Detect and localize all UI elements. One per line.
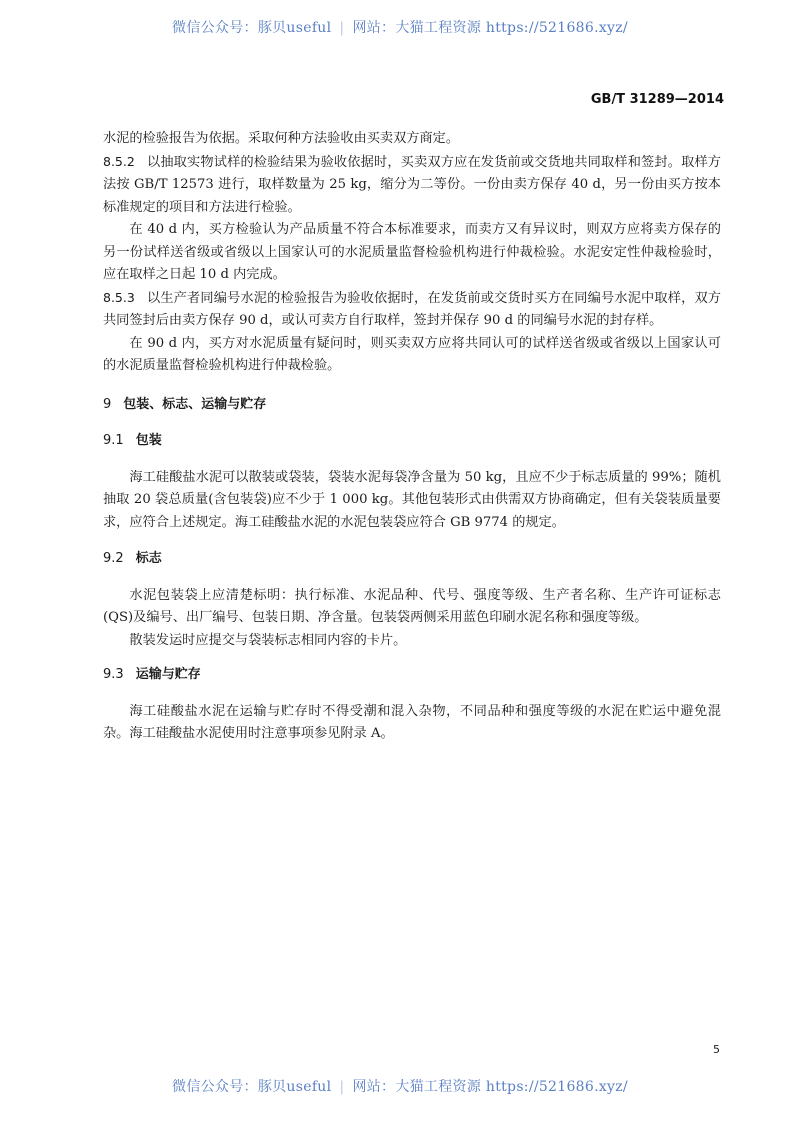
heading-title: 包装、标志、运输与贮存 bbox=[123, 397, 266, 412]
heading-number: 9.1 bbox=[103, 433, 124, 448]
watermark-website-text: 网站：大猫工程资源 https://521686.xyz/ bbox=[352, 20, 628, 36]
heading-title: 运输与贮存 bbox=[136, 667, 201, 682]
paragraph-9-2-1: 水泥包装袋上应清楚标明：执行标准、水泥品种、代号、强度等级、生产者名称、生产许可… bbox=[103, 585, 721, 630]
heading-title: 标志 bbox=[136, 551, 162, 566]
watermark-bottom: 微信公众号：豚贝useful|网站：大猫工程资源 https://521686.… bbox=[0, 1076, 800, 1096]
section-heading-9: 9包装、标志、运输与贮存 bbox=[103, 394, 721, 417]
heading-number: 9.2 bbox=[103, 551, 124, 566]
paragraph-9-1: 海工硅酸盐水泥可以散装或袋装，袋装水泥每袋净含量为 50 kg，且应不少于标志质… bbox=[103, 467, 721, 535]
paragraph-8-5-3-2: 在 90 d 内，买方对水泥质量有疑问时，则买卖双方应将共同认可的试样送省级或省… bbox=[103, 333, 721, 378]
paragraph-9-2-2: 散装发运时应提交与袋装标志相同内容的卡片。 bbox=[103, 630, 721, 653]
clause-8-5-3: 8.5.3以生产者同编号水泥的检验报告为验收依据时，在发货前或交货时买方在同编号… bbox=[103, 287, 721, 333]
standard-code: GB/T 31289—2014 bbox=[591, 92, 724, 107]
section-heading-9-3: 9.3运输与贮存 bbox=[103, 664, 721, 687]
paragraph-8-5-1-tail: 水泥的检验报告为依据。采取何种方法验收由买卖双方商定。 bbox=[103, 128, 721, 151]
watermark-separator: | bbox=[339, 20, 344, 36]
clause-number: 8.5.2 bbox=[103, 154, 135, 169]
clause-text: 以抽取实物试样的检验结果为验收依据时，买卖双方应在发货前或交货地共同取样和签封。… bbox=[103, 155, 721, 215]
clause-number: 8.5.3 bbox=[103, 290, 135, 305]
watermark-wechat-text: 微信公众号：豚贝useful bbox=[172, 1079, 331, 1095]
heading-number: 9.3 bbox=[103, 667, 124, 682]
paragraph-9-3: 海工硅酸盐水泥在运输与贮存时不得受潮和混入杂物，不同品种和强度等级的水泥在贮运中… bbox=[103, 701, 721, 746]
clause-text: 以生产者同编号水泥的检验报告为验收依据时，在发货前或交货时买方在同编号水泥中取样… bbox=[103, 291, 721, 329]
watermark-top: 微信公众号：豚贝useful|网站：大猫工程资源 https://521686.… bbox=[0, 17, 800, 37]
document-body: 水泥的检验报告为依据。采取何种方法验收由买卖双方商定。 8.5.2以抽取实物试样… bbox=[103, 128, 721, 746]
paragraph-8-5-2-2: 在 40 d 内，买方检验认为产品质量不符合本标准要求，而卖方又有异议时，则双方… bbox=[103, 219, 721, 287]
page-number: 5 bbox=[713, 1043, 720, 1056]
section-heading-9-1: 9.1包装 bbox=[103, 430, 721, 453]
watermark-website-text: 网站：大猫工程资源 https://521686.xyz/ bbox=[352, 1079, 628, 1095]
watermark-separator: | bbox=[339, 1079, 344, 1095]
heading-title: 包装 bbox=[136, 433, 162, 448]
clause-8-5-2: 8.5.2以抽取实物试样的检验结果为验收依据时，买卖双方应在发货前或交货地共同取… bbox=[103, 151, 721, 220]
section-heading-9-2: 9.2标志 bbox=[103, 548, 721, 571]
watermark-wechat-text: 微信公众号：豚贝useful bbox=[172, 20, 331, 36]
heading-number: 9 bbox=[103, 397, 111, 412]
